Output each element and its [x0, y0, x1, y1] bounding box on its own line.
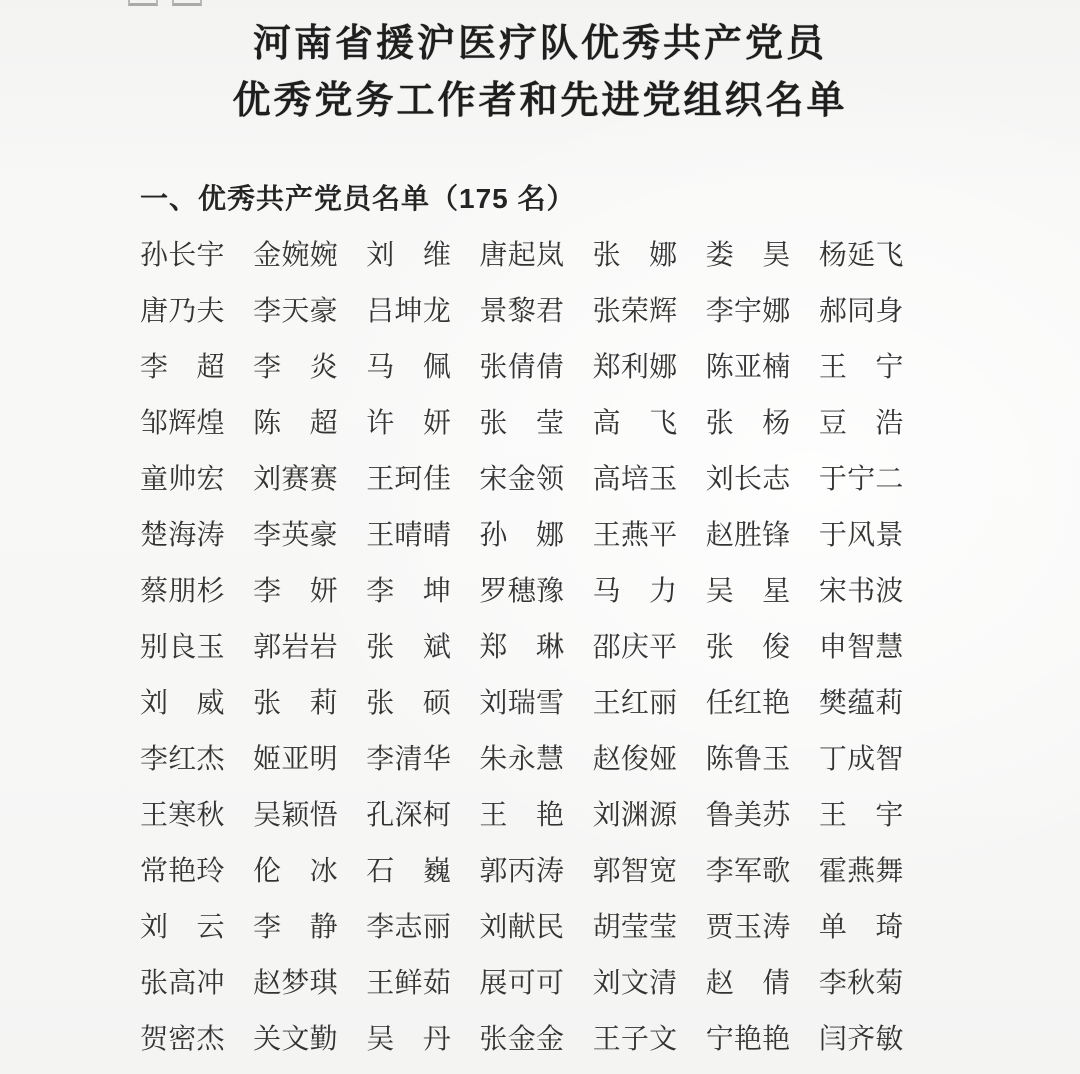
name-cell: 姬亚明	[253, 746, 338, 774]
name-cell: 王宁	[819, 354, 904, 382]
name-cell: 童帅宏	[140, 466, 225, 494]
name-cell: 李炎	[253, 354, 338, 382]
name-cell: 单琦	[819, 914, 904, 942]
name-cell: 石巍	[366, 858, 451, 886]
name-cell: 王子文	[593, 1026, 678, 1054]
name-cell: 王鲜茹	[366, 970, 451, 998]
name-cell: 陈亚楠	[706, 354, 791, 382]
name-cell: 郑琳	[479, 634, 564, 662]
name-cell: 邹辉煌	[140, 410, 225, 438]
name-cell: 豆浩	[819, 410, 904, 438]
name-cell: 马佩	[366, 354, 451, 382]
name-cell: 孙娜	[479, 522, 564, 550]
name-cell: 宁艳艳	[706, 1026, 791, 1054]
name-cell: 伦冰	[253, 858, 338, 886]
name-cell: 吕坤龙	[366, 298, 451, 326]
name-cell: 申智慧	[819, 634, 904, 662]
name-cell: 李宇娜	[706, 298, 791, 326]
name-cell: 罗穗豫	[479, 578, 564, 606]
title-line-1: 河南省援沪医疗队优秀共产党员	[0, 16, 1080, 73]
name-cell: 于风景	[819, 522, 904, 550]
name-cell: 刘威	[140, 690, 225, 718]
name-cell: 王珂佳	[366, 466, 451, 494]
name-cell: 李天豪	[253, 298, 338, 326]
name-cell: 张高冲	[140, 970, 225, 998]
name-cell: 郑利娜	[593, 354, 678, 382]
name-cell: 吴丹	[366, 1026, 451, 1054]
name-cell: 李英豪	[253, 522, 338, 550]
name-cell: 展可可	[479, 970, 564, 998]
name-cell: 李军歌	[706, 858, 791, 886]
name-cell: 刘文清	[593, 970, 678, 998]
name-cell: 许妍	[366, 410, 451, 438]
name-cell: 杨延飞	[819, 242, 904, 270]
name-cell: 高培玉	[593, 466, 678, 494]
name-cell: 李秋菊	[819, 970, 904, 998]
document-title: 河南省援沪医疗队优秀共产党员 优秀党务工作者和先进党组织名单	[0, 0, 1080, 130]
name-cell: 刘渊源	[593, 802, 678, 830]
name-cell: 王燕平	[593, 522, 678, 550]
name-cell: 任红艳	[706, 690, 791, 718]
name-cell: 马力	[593, 578, 678, 606]
name-cell: 刘赛赛	[253, 466, 338, 494]
name-cell: 李坤	[366, 578, 451, 606]
name-cell: 贺密杰	[140, 1026, 225, 1054]
name-cell: 丁成智	[819, 746, 904, 774]
name-cell: 吴颖悟	[253, 802, 338, 830]
name-cell: 郭岩岩	[253, 634, 338, 662]
name-cell: 郭丙涛	[479, 858, 564, 886]
name-cell: 李清华	[366, 746, 451, 774]
name-cell: 张杨	[706, 410, 791, 438]
name-cell: 李妍	[253, 578, 338, 606]
name-cell: 王晴晴	[366, 522, 451, 550]
name-cell: 陈超	[253, 410, 338, 438]
name-cell: 娄昊	[706, 242, 791, 270]
name-cell: 刘维	[366, 242, 451, 270]
name-cell: 金婉婉	[253, 242, 338, 270]
name-cell: 楚海涛	[140, 522, 225, 550]
name-cell: 蔡朋杉	[140, 578, 225, 606]
name-cell: 高飞	[593, 410, 678, 438]
name-cell: 常艳玲	[140, 858, 225, 886]
name-cell: 李静	[253, 914, 338, 942]
name-cell: 张倩倩	[479, 354, 564, 382]
name-cell: 吴星	[706, 578, 791, 606]
name-cell: 唐乃夫	[140, 298, 225, 326]
name-cell: 孔深柯	[366, 802, 451, 830]
name-cell: 刘云	[140, 914, 225, 942]
cropped-top-text-fragment	[128, 0, 248, 6]
name-cell: 王寒秋	[140, 802, 225, 830]
document-page: 河南省援沪医疗队优秀共产党员 优秀党务工作者和先进党组织名单 一、优秀共产党员名…	[0, 0, 1080, 1074]
name-cell: 贾玉涛	[706, 914, 791, 942]
name-cell: 于宁二	[819, 466, 904, 494]
name-cell: 刘瑞雪	[479, 690, 564, 718]
name-cell: 张莉	[253, 690, 338, 718]
name-cell: 赵倩	[706, 970, 791, 998]
name-cell: 关文勤	[253, 1026, 338, 1054]
name-cell: 王宇	[819, 802, 904, 830]
names-grid: 孙长宇金婉婉刘维唐起岚张娜娄昊杨延飞唐乃夫李天豪吕坤龙景黎君张荣辉李宇娜郝同身李…	[140, 242, 932, 1054]
name-cell: 胡莹莹	[593, 914, 678, 942]
name-cell: 樊蕴莉	[819, 690, 904, 718]
name-cell: 张金金	[479, 1026, 564, 1054]
name-cell: 张荣辉	[593, 298, 678, 326]
name-cell: 刘长志	[706, 466, 791, 494]
name-cell: 陈鲁玉	[706, 746, 791, 774]
name-cell: 张俊	[706, 634, 791, 662]
name-cell: 李志丽	[366, 914, 451, 942]
name-cell: 刘献民	[479, 914, 564, 942]
name-cell: 赵梦琪	[253, 970, 338, 998]
name-cell: 唐起岚	[479, 242, 564, 270]
name-cell: 景黎君	[479, 298, 564, 326]
section-heading: 一、优秀共产党员名单（175 名）	[140, 177, 1080, 217]
name-cell: 王艳	[479, 802, 564, 830]
name-cell: 郝同身	[819, 298, 904, 326]
name-cell: 孙长宇	[140, 242, 225, 270]
name-cell: 闫齐敏	[819, 1026, 904, 1054]
name-cell: 李超	[140, 354, 225, 382]
name-cell: 张斌	[366, 634, 451, 662]
name-cell: 鲁美苏	[706, 802, 791, 830]
name-cell: 张娜	[593, 242, 678, 270]
name-cell: 霍燕舞	[819, 858, 904, 886]
name-cell: 赵俊娅	[593, 746, 678, 774]
name-cell: 别良玉	[140, 634, 225, 662]
name-cell: 赵胜锋	[706, 522, 791, 550]
title-line-2: 优秀党务工作者和先进党组织名单	[0, 73, 1080, 130]
name-cell: 张莹	[479, 410, 564, 438]
name-cell: 宋金领	[479, 466, 564, 494]
name-cell: 宋书波	[819, 578, 904, 606]
name-cell: 王红丽	[593, 690, 678, 718]
name-cell: 张硕	[366, 690, 451, 718]
name-cell: 朱永慧	[479, 746, 564, 774]
name-cell: 邵庆平	[593, 634, 678, 662]
name-cell: 李红杰	[140, 746, 225, 774]
name-cell: 郭智宽	[593, 858, 678, 886]
